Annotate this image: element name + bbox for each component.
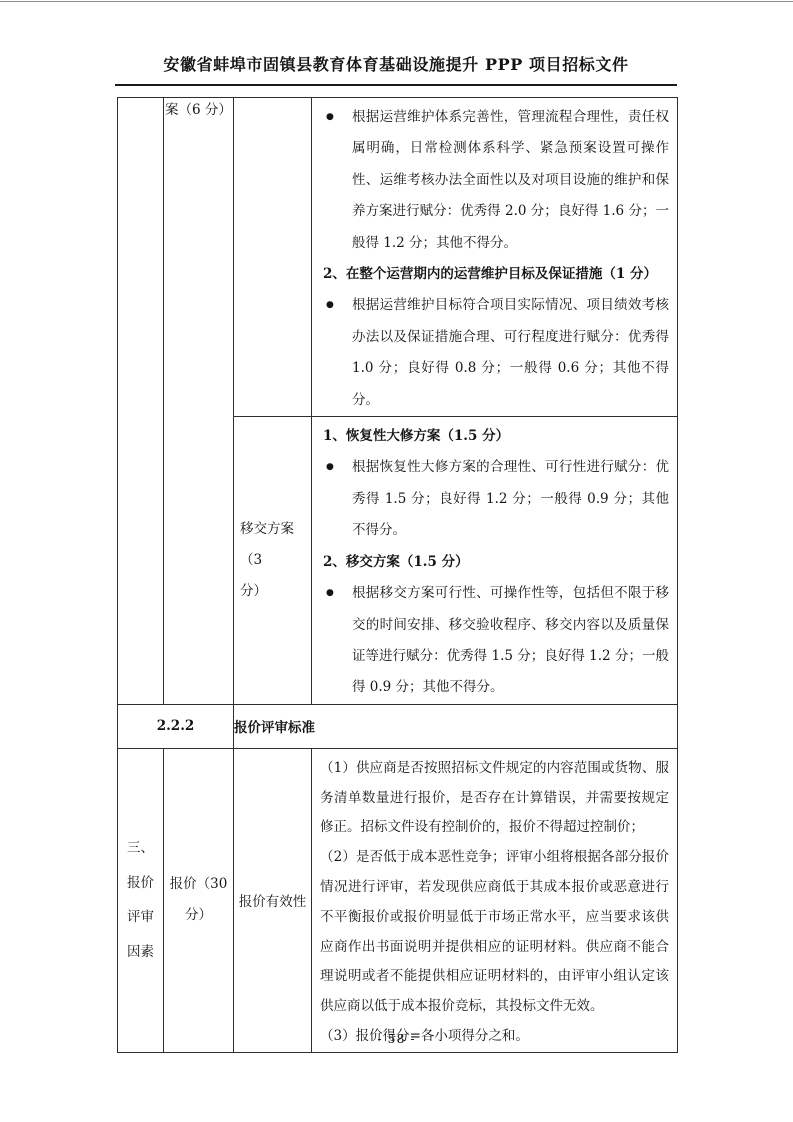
- criteria-heading: 2、移交方案（1.5 分）: [323, 547, 669, 578]
- price-factor-line: 三、: [118, 831, 163, 866]
- subitem-cell-transfer-plan: 移交方案（3 分）: [234, 417, 312, 705]
- document-header-title: 安徽省蚌埠市固镇县教育体育基础设施提升 PPP 项目招标文件: [115, 52, 677, 75]
- section-number: 2.2.2: [157, 718, 195, 734]
- price-subitem-label: 报价有效性: [234, 890, 311, 910]
- evaluation-table: 案（6 分） ● 根据运营维护体系完善性，管理流程合理性，责任权属明确，日常检测…: [117, 97, 678, 1053]
- document-page: 安徽省蚌埠市固镇县教育体育基础设施提升 PPP 项目招标文件 案（6 分） ● …: [0, 0, 793, 1122]
- criteria-text: 根据运营维护体系完善性，管理流程合理性，责任权属明确，日常检测体系科学、紧急预案…: [352, 102, 669, 259]
- price-item-cell: 报价（30 分）: [164, 748, 234, 1052]
- price-subitem-cell: 报价有效性: [234, 748, 312, 1052]
- criteria-text: 根据运营维护目标符合项目实际情况、项目绩效考核办法以及保证措施合理、可行程度进行…: [352, 290, 669, 416]
- bullet-icon: ●: [323, 452, 352, 483]
- bullet-icon: ●: [323, 578, 352, 609]
- table-row-operation-maintenance: 案（6 分） ● 根据运营维护体系完善性，管理流程合理性，责任权属明确，日常检测…: [118, 98, 678, 417]
- price-item-line: 报价（30: [164, 869, 233, 900]
- criteria-cell-operation: ● 根据运营维护体系完善性，管理流程合理性，责任权属明确，日常检测体系科学、紧急…: [312, 98, 678, 417]
- subitem-cell-empty: [234, 98, 312, 417]
- bullet-icon: ●: [323, 290, 352, 321]
- table-row-price-validity: 三、 报价 评审 因素 报价（30 分） 报价有效性 （1）供应商是否按照招标文…: [118, 748, 678, 1052]
- criteria-bullet-item: ● 根据运营维护体系完善性，管理流程合理性，责任权属明确，日常检测体系科学、紧急…: [323, 102, 669, 259]
- price-criteria-paragraph: （1）供应商是否按照招标文件规定的内容范围或货物、服务清单数量进行报价，是否存在…: [320, 754, 669, 843]
- criteria-text: 根据移交方案可行性、可操作性等，包括但不限于移交的时间安排、移交验收程序、移交内…: [352, 578, 669, 704]
- table-row-section-header: 2.2.2 报价评审标准: [118, 704, 678, 748]
- criteria-bullet-item: ● 根据恢复性大修方案的合理性、可行性进行赋分：优秀得 1.5 分；良好得 1.…: [323, 452, 669, 546]
- page-top-edge-line: [0, 1, 793, 2]
- criteria-bullet-item: ● 根据移交方案可行性、可操作性等，包括但不限于移交的时间安排、移交验收程序、移…: [323, 578, 669, 704]
- factor-cell-empty: [118, 98, 164, 705]
- transfer-subitem-line: 移交方案（3: [240, 514, 311, 576]
- price-factor-line: 因素: [118, 935, 163, 970]
- page-number: - 58 -: [0, 1031, 793, 1046]
- price-factor-line: 评审: [118, 900, 163, 935]
- price-criteria-paragraph: （2）是否低于成本恶性竞争；评审小组将根据各部分报价情况进行评审，若发现供应商低…: [320, 843, 669, 1022]
- criteria-heading: 2、在整个运营期内的运营维护目标及保证措施（1 分）: [323, 259, 669, 290]
- criteria-cell-price: （1）供应商是否按照招标文件规定的内容范围或货物、服务清单数量进行报价，是否存在…: [312, 748, 678, 1052]
- price-factor-line: 报价: [118, 866, 163, 901]
- price-factor-cell: 三、 报价 评审 因素: [118, 748, 164, 1052]
- criteria-cell-transfer: 1、恢复性大修方案（1.5 分） ● 根据恢复性大修方案的合理性、可行性进行赋分…: [312, 417, 678, 705]
- criteria-bullet-item: ● 根据运营维护目标符合项目实际情况、项目绩效考核办法以及保证措施合理、可行程度…: [323, 290, 669, 416]
- header-underline: [115, 84, 677, 86]
- transfer-subitem-line: 分）: [240, 576, 311, 607]
- section-number-cell: 2.2.2: [118, 704, 234, 748]
- criteria-text: 根据恢复性大修方案的合理性、可行性进行赋分：优秀得 1.5 分；良好得 1.2 …: [352, 452, 669, 546]
- item-cell-plan-score: 案（6 分）: [164, 98, 234, 705]
- item-label: 案（6 分）: [164, 98, 233, 118]
- section-title-cell: 报价评审标准: [234, 704, 678, 748]
- bullet-icon: ●: [323, 102, 352, 133]
- criteria-heading: 1、恢复性大修方案（1.5 分）: [323, 421, 669, 452]
- price-item-line: 分）: [164, 900, 233, 931]
- section-title: 报价评审标准: [234, 720, 315, 736]
